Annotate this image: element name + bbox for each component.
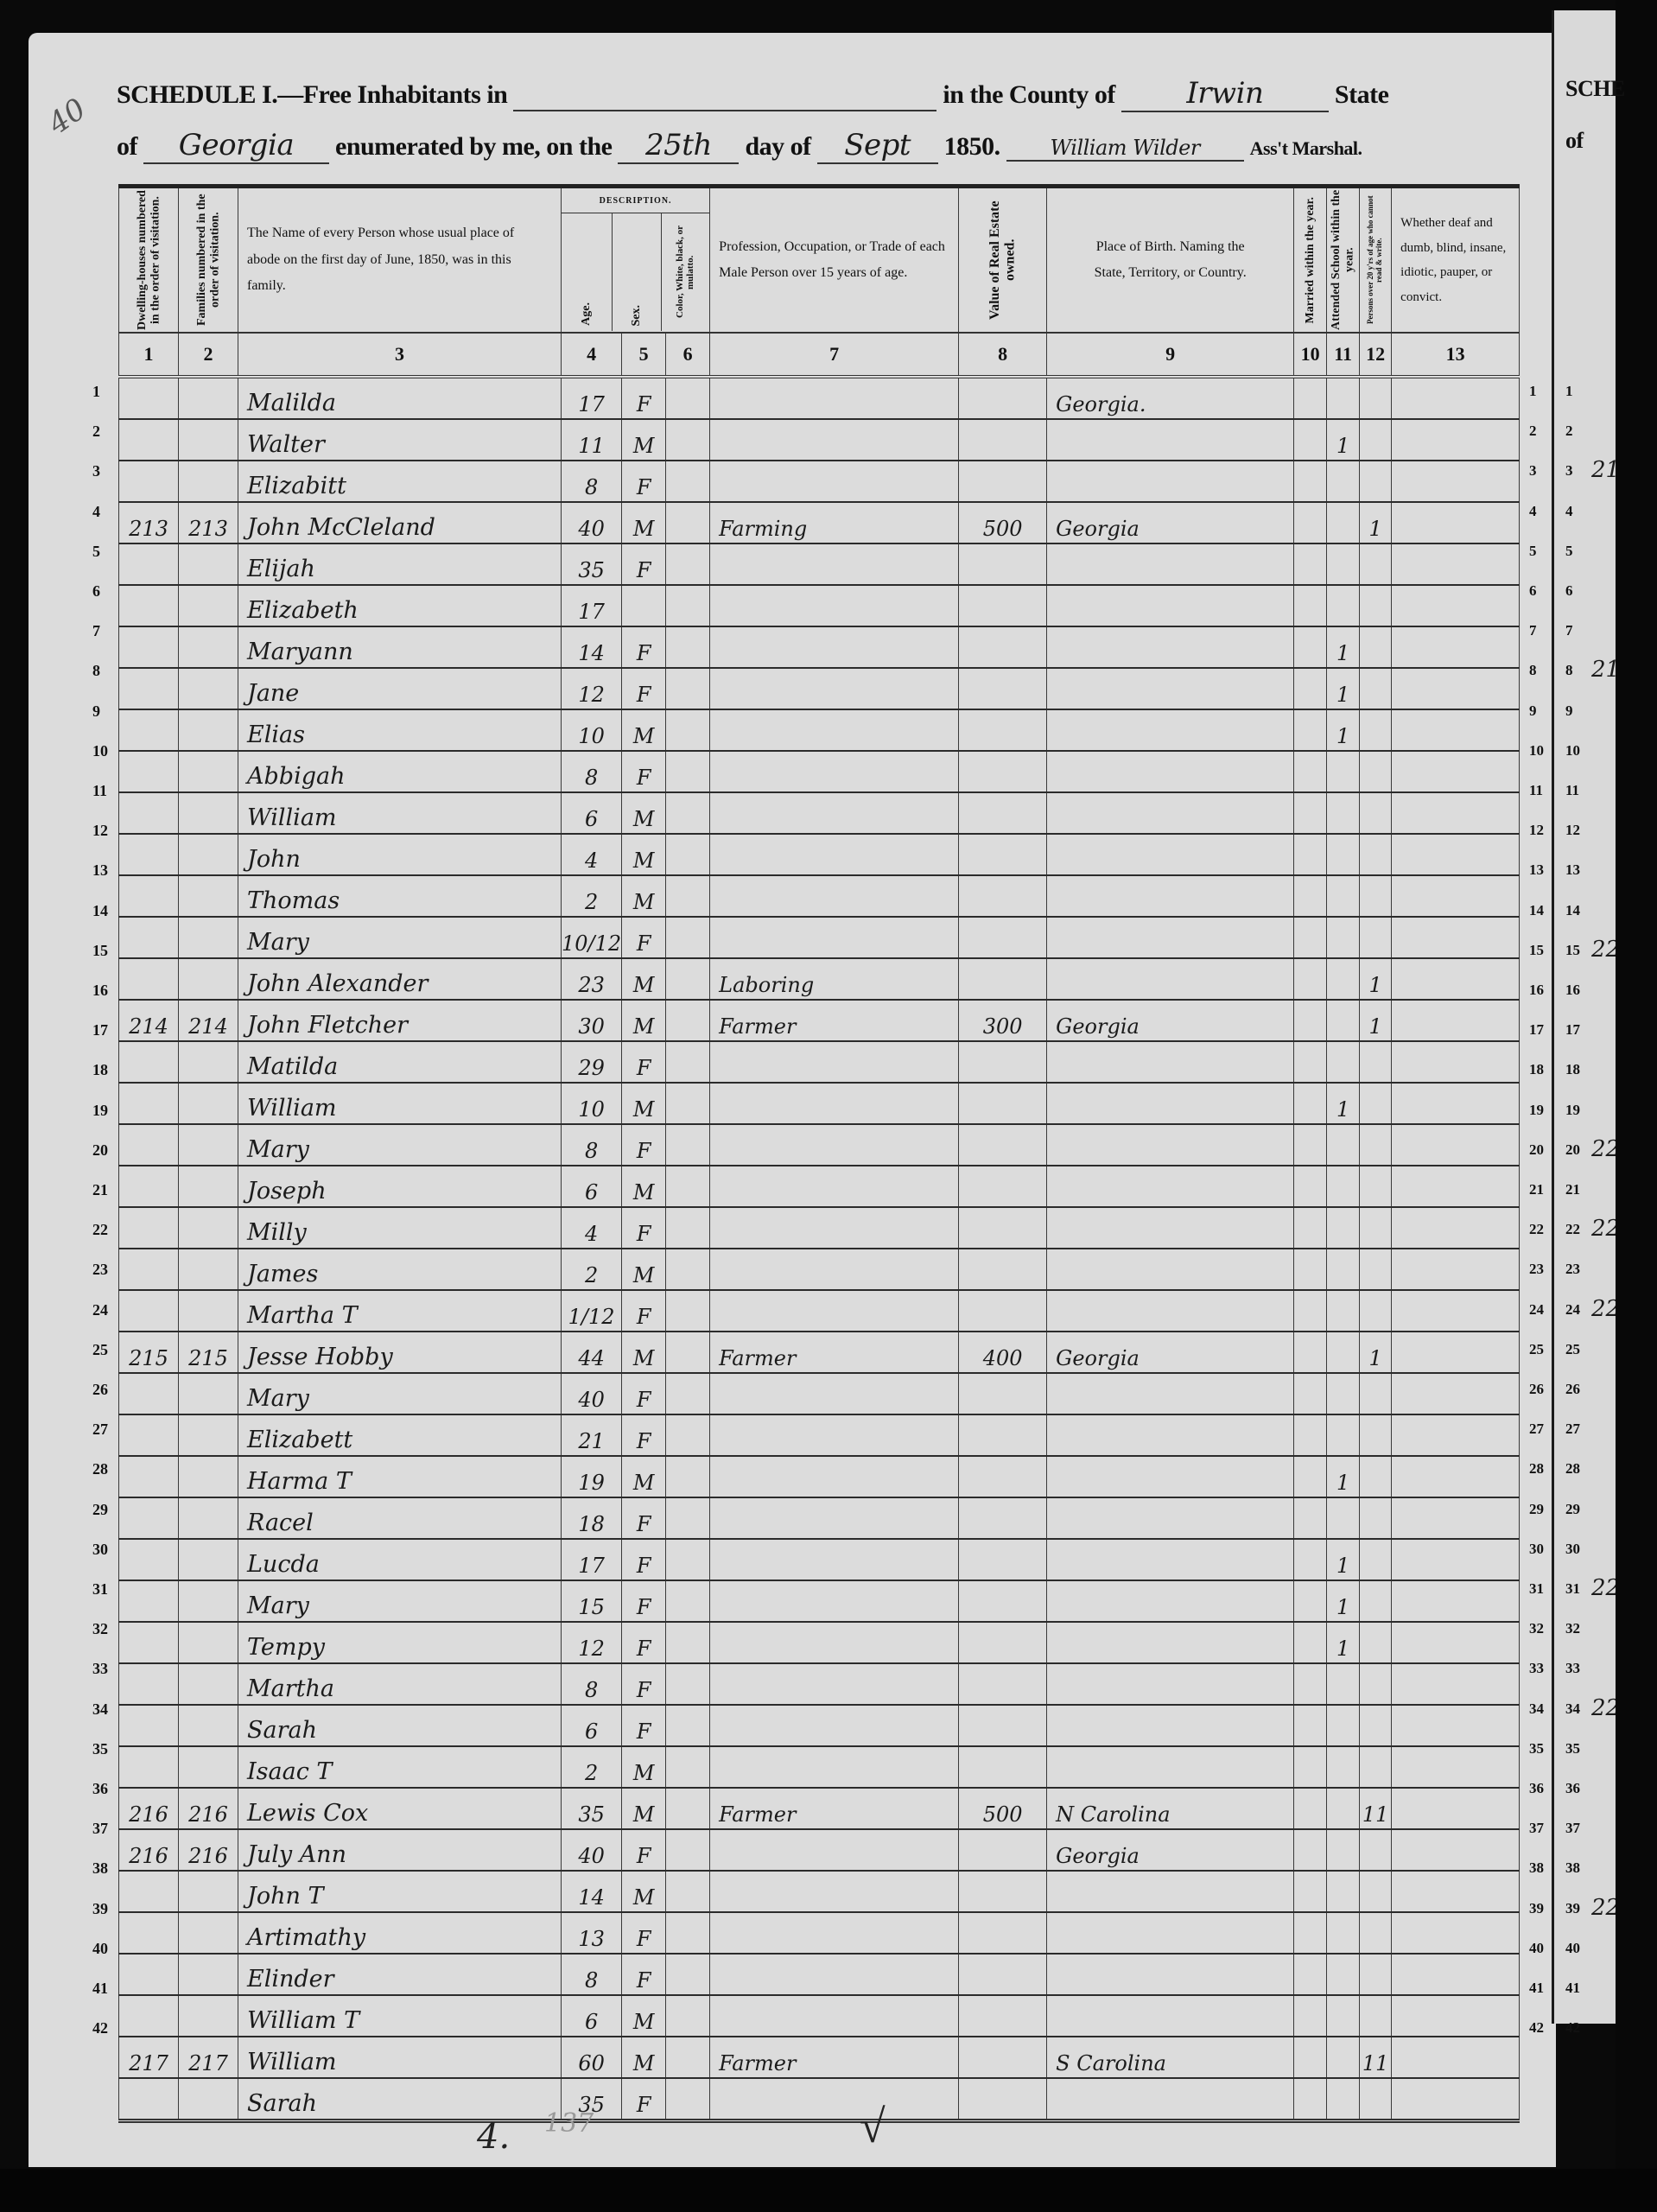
occupation-cell bbox=[710, 1041, 959, 1083]
table-row: Matilda29F bbox=[119, 1041, 1520, 1083]
dwelling-number-cell bbox=[119, 419, 179, 461]
real-estate-value-cell bbox=[959, 377, 1047, 419]
condition-cell bbox=[1392, 1166, 1520, 1207]
cannot-read-write-cell: 1 bbox=[1360, 1000, 1392, 1041]
age-cell: 6 bbox=[562, 792, 622, 834]
attended-school-cell bbox=[1327, 958, 1360, 1000]
cannot-read-write-cell bbox=[1360, 585, 1392, 626]
real-estate-value-cell bbox=[959, 1083, 1047, 1124]
table-row: Maryann14F1 bbox=[119, 626, 1520, 668]
condition-cell bbox=[1392, 1580, 1520, 1622]
dwelling-number-cell bbox=[119, 543, 179, 585]
occupation-cell bbox=[710, 419, 959, 461]
line-number: 40 bbox=[92, 1940, 108, 1958]
real-estate-value-cell bbox=[959, 709, 1047, 751]
family-number-cell bbox=[179, 668, 238, 709]
census-rows: Malilda17FGeorgia.Walter11M1Elizabitt8F2… bbox=[119, 377, 1520, 2121]
marshal-label: Ass't Marshal. bbox=[1250, 137, 1362, 159]
age-cell: 17 bbox=[562, 377, 622, 419]
occupation-cell bbox=[710, 1290, 959, 1332]
family-number-cell bbox=[179, 1663, 238, 1705]
sex-cell: F bbox=[622, 1414, 666, 1456]
age-cell: 8 bbox=[562, 1954, 622, 1995]
attended-school-cell bbox=[1327, 1041, 1360, 1083]
real-estate-value-cell bbox=[959, 2078, 1047, 2121]
family-number-cell bbox=[179, 1705, 238, 1746]
color-cell bbox=[666, 1414, 710, 1456]
married-within-year-cell bbox=[1294, 875, 1327, 917]
attended-school-cell bbox=[1327, 1705, 1360, 1746]
dwelling-number-cell bbox=[119, 1497, 179, 1539]
cannot-read-write-cell bbox=[1360, 1456, 1392, 1497]
family-number-cell bbox=[179, 1746, 238, 1788]
family-number-cell bbox=[179, 1871, 238, 1912]
person-name-cell: Mary bbox=[238, 917, 562, 958]
next-page-dwelling-number: 218 bbox=[1591, 457, 1616, 483]
married-within-year-cell bbox=[1294, 377, 1327, 419]
sex-cell: M bbox=[622, 958, 666, 1000]
footer-mark-left: 4. bbox=[477, 2117, 510, 2157]
birthplace-cell bbox=[1047, 1663, 1294, 1705]
family-number-cell bbox=[179, 834, 238, 875]
attended-school-cell bbox=[1327, 1124, 1360, 1166]
table-row: Joseph6M bbox=[119, 1166, 1520, 1207]
family-number-cell bbox=[179, 626, 238, 668]
condition-cell bbox=[1392, 1373, 1520, 1414]
person-name-cell: Tempy bbox=[238, 1622, 562, 1663]
attended-school-cell: 1 bbox=[1327, 626, 1360, 668]
line-number-next-page: 28 bbox=[1565, 1460, 1617, 1478]
real-estate-value-cell bbox=[959, 1663, 1047, 1705]
family-number-cell bbox=[179, 1912, 238, 1954]
sex-cell: F bbox=[622, 377, 666, 419]
line-number-next-page: 9 bbox=[1565, 702, 1617, 720]
line-number: 31 bbox=[92, 1580, 108, 1599]
person-name-cell: Mary bbox=[238, 1124, 562, 1166]
color-cell bbox=[666, 1995, 710, 2037]
age-cell: 19 bbox=[562, 1456, 622, 1497]
state-label: State bbox=[1335, 80, 1388, 109]
age-cell: 2 bbox=[562, 875, 622, 917]
person-name-cell: Racel bbox=[238, 1497, 562, 1539]
color-cell bbox=[666, 1788, 710, 1829]
condition-cell bbox=[1392, 1663, 1520, 1705]
line-number: 14 bbox=[92, 902, 108, 920]
family-number-cell bbox=[179, 917, 238, 958]
col-num: 6 bbox=[666, 333, 710, 377]
condition-cell bbox=[1392, 1871, 1520, 1912]
real-estate-value-cell bbox=[959, 1166, 1047, 1207]
married-within-year-cell bbox=[1294, 1497, 1327, 1539]
dwelling-number-cell bbox=[119, 875, 179, 917]
dwelling-number-cell bbox=[119, 1912, 179, 1954]
person-name-cell: William bbox=[238, 1083, 562, 1124]
dwelling-number-cell bbox=[119, 917, 179, 958]
real-estate-value-cell bbox=[959, 1580, 1047, 1622]
married-within-year-cell bbox=[1294, 1414, 1327, 1456]
table-row: 215215Jesse Hobby44MFarmer400Georgia1 bbox=[119, 1332, 1520, 1373]
attended-school-cell: 1 bbox=[1327, 668, 1360, 709]
real-estate-value-cell bbox=[959, 834, 1047, 875]
dwelling-number-cell: 213 bbox=[119, 502, 179, 543]
family-number-cell: 216 bbox=[179, 1829, 238, 1871]
family-number-cell bbox=[179, 1249, 238, 1290]
real-estate-value-cell: 400 bbox=[959, 1332, 1047, 1373]
line-number-next-page: 11 bbox=[1565, 782, 1617, 799]
sex-cell: M bbox=[622, 1788, 666, 1829]
line-number: 30 bbox=[92, 1541, 108, 1559]
condition-cell bbox=[1392, 917, 1520, 958]
next-page-dwelling-number: 226 bbox=[1591, 1895, 1616, 1921]
color-cell bbox=[666, 709, 710, 751]
attended-school-cell bbox=[1327, 1912, 1360, 1954]
family-number-cell: 217 bbox=[179, 2037, 238, 2078]
table-row: Mary10/12F bbox=[119, 917, 1520, 958]
line-number-next-page: 14 bbox=[1565, 902, 1617, 919]
occupation-cell bbox=[710, 1829, 959, 1871]
cannot-read-write-cell bbox=[1360, 1207, 1392, 1249]
married-within-year-cell bbox=[1294, 502, 1327, 543]
table-row: Elizabett21F bbox=[119, 1414, 1520, 1456]
table-row: 217217William60MFarmerS Carolina11 bbox=[119, 2037, 1520, 2078]
attended-school-cell bbox=[1327, 792, 1360, 834]
line-number-next-page: 27 bbox=[1565, 1421, 1617, 1438]
real-estate-value-cell bbox=[959, 461, 1047, 502]
col-header-occupation: Profession, Occupation, or Trade of each… bbox=[710, 187, 959, 334]
occupation-cell bbox=[710, 1497, 959, 1539]
age-cell: 1/12 bbox=[562, 1290, 622, 1332]
birthplace-cell bbox=[1047, 1290, 1294, 1332]
age-cell: 17 bbox=[562, 1539, 622, 1580]
real-estate-value-cell bbox=[959, 1954, 1047, 1995]
attended-school-cell bbox=[1327, 751, 1360, 792]
family-number-cell bbox=[179, 1083, 238, 1124]
table-row: Elizabitt8F bbox=[119, 461, 1520, 502]
married-within-year-cell bbox=[1294, 1912, 1327, 1954]
condition-cell bbox=[1392, 668, 1520, 709]
table-row: William T6M bbox=[119, 1995, 1520, 2037]
married-within-year-cell bbox=[1294, 1746, 1327, 1788]
age-cell: 29 bbox=[562, 1041, 622, 1083]
line-number-next-page: 29 bbox=[1565, 1501, 1617, 1518]
line-number-next-page: 6 bbox=[1565, 582, 1617, 600]
married-within-year-cell bbox=[1294, 792, 1327, 834]
table-row: Walter11M1 bbox=[119, 419, 1520, 461]
person-name-cell: Jane bbox=[238, 668, 562, 709]
color-cell bbox=[666, 1580, 710, 1622]
color-cell bbox=[666, 543, 710, 585]
occupation-cell bbox=[710, 1954, 959, 1995]
cannot-read-write-cell bbox=[1360, 1290, 1392, 1332]
col-num: 7 bbox=[710, 333, 959, 377]
occupation-cell bbox=[710, 1663, 959, 1705]
cannot-read-write-cell bbox=[1360, 875, 1392, 917]
sex-cell: F bbox=[622, 917, 666, 958]
col-num: 2 bbox=[179, 333, 238, 377]
birthplace-cell bbox=[1047, 1083, 1294, 1124]
scan-bottom-edge bbox=[0, 2169, 1657, 2212]
person-name-cell: Martha bbox=[238, 1663, 562, 1705]
sex-cell: M bbox=[622, 1166, 666, 1207]
real-estate-value-cell: 500 bbox=[959, 502, 1047, 543]
birthplace-cell bbox=[1047, 1041, 1294, 1083]
condition-cell bbox=[1392, 1788, 1520, 1829]
real-estate-value-cell bbox=[959, 792, 1047, 834]
sex-cell: M bbox=[622, 1746, 666, 1788]
age-cell: 15 bbox=[562, 1580, 622, 1622]
occupation-cell bbox=[710, 668, 959, 709]
occupation-cell bbox=[710, 1373, 959, 1414]
next-page-dwelling-number: 223 bbox=[1591, 1296, 1616, 1322]
married-within-year-cell bbox=[1294, 1124, 1327, 1166]
dwelling-number-cell bbox=[119, 1373, 179, 1414]
sex-cell: F bbox=[622, 1290, 666, 1332]
occupation-cell bbox=[710, 1746, 959, 1788]
sex-cell: F bbox=[622, 1705, 666, 1746]
sex-cell: M bbox=[622, 502, 666, 543]
color-cell bbox=[666, 958, 710, 1000]
line-number: 18 bbox=[92, 1061, 108, 1079]
real-estate-value-cell bbox=[959, 1622, 1047, 1663]
description-group-label: DESCRIPTION. bbox=[562, 188, 709, 213]
color-cell bbox=[666, 502, 710, 543]
col-header-real-estate: Value of Real Estate owned. bbox=[959, 187, 1047, 334]
enumerated-label: enumerated by me, on the bbox=[335, 132, 612, 161]
line-number: 41 bbox=[92, 1980, 108, 1998]
census-table: Dwelling-houses numbered in the order of… bbox=[118, 184, 1520, 2123]
dwelling-number-cell bbox=[119, 585, 179, 626]
table-row: Isaac T2M bbox=[119, 1746, 1520, 1788]
cannot-read-write-cell bbox=[1360, 751, 1392, 792]
person-name-cell: Malilda bbox=[238, 377, 562, 419]
birthplace-cell bbox=[1047, 1249, 1294, 1290]
sex-cell: M bbox=[622, 1083, 666, 1124]
color-cell bbox=[666, 1705, 710, 1746]
age-cell: 8 bbox=[562, 751, 622, 792]
married-within-year-cell bbox=[1294, 1456, 1327, 1497]
sex-cell: M bbox=[622, 1871, 666, 1912]
line-number-next-page: 17 bbox=[1565, 1021, 1617, 1039]
birthplace-cell bbox=[1047, 585, 1294, 626]
dwelling-number-cell bbox=[119, 1539, 179, 1580]
real-estate-value-cell bbox=[959, 1414, 1047, 1456]
birthplace-cell: Georgia bbox=[1047, 1000, 1294, 1041]
occupation-cell bbox=[710, 1622, 959, 1663]
condition-cell bbox=[1392, 1829, 1520, 1871]
table-row: John Alexander23MLaboring1 bbox=[119, 958, 1520, 1000]
color-cell bbox=[666, 2078, 710, 2121]
line-number: 23 bbox=[92, 1261, 108, 1279]
married-within-year-cell bbox=[1294, 1332, 1327, 1373]
attended-school-cell bbox=[1327, 2037, 1360, 2078]
birthplace-cell bbox=[1047, 1497, 1294, 1539]
line-number-next-page: 13 bbox=[1565, 861, 1617, 879]
dwelling-number-cell bbox=[119, 958, 179, 1000]
married-within-year-cell bbox=[1294, 1290, 1327, 1332]
married-within-year-cell bbox=[1294, 1995, 1327, 2037]
birthplace-cell bbox=[1047, 1166, 1294, 1207]
cannot-read-write-cell bbox=[1360, 1622, 1392, 1663]
condition-cell bbox=[1392, 1456, 1520, 1497]
real-estate-value-cell: 500 bbox=[959, 1788, 1047, 1829]
occupation-cell: Farmer bbox=[710, 1332, 959, 1373]
occupation-cell bbox=[710, 543, 959, 585]
cannot-read-write-cell bbox=[1360, 461, 1392, 502]
line-number-next-page: 33 bbox=[1565, 1660, 1617, 1677]
birthplace-cell bbox=[1047, 1622, 1294, 1663]
color-cell bbox=[666, 1041, 710, 1083]
married-within-year-cell bbox=[1294, 668, 1327, 709]
col-num: 8 bbox=[959, 333, 1047, 377]
dwelling-number-cell: 217 bbox=[119, 2037, 179, 2078]
dwelling-number-cell bbox=[119, 1124, 179, 1166]
condition-cell bbox=[1392, 792, 1520, 834]
column-header-row: Dwelling-houses numbered in the order of… bbox=[119, 187, 1520, 334]
line-number: 9 bbox=[92, 702, 100, 721]
col-header-school: Attended School within the year. bbox=[1327, 187, 1360, 334]
person-name-cell: Elinder bbox=[238, 1954, 562, 1995]
line-number: 24 bbox=[92, 1301, 108, 1319]
sex-cell: F bbox=[622, 1497, 666, 1539]
sex-cell: M bbox=[622, 1456, 666, 1497]
line-number-next-page: 41 bbox=[1565, 1980, 1617, 1997]
dwelling-number-cell bbox=[119, 1290, 179, 1332]
line-number-next-page: 37 bbox=[1565, 1820, 1617, 1837]
person-name-cell: Jesse Hobby bbox=[238, 1332, 562, 1373]
sex-cell: F bbox=[622, 1912, 666, 1954]
line-number: 22 bbox=[92, 1221, 108, 1239]
color-cell bbox=[666, 1497, 710, 1539]
family-number-cell bbox=[179, 585, 238, 626]
age-cell: 14 bbox=[562, 1871, 622, 1912]
cannot-read-write-cell bbox=[1360, 792, 1392, 834]
real-estate-value-cell bbox=[959, 1041, 1047, 1083]
next-page-dwelling-number: 221 bbox=[1591, 1136, 1616, 1162]
color-cell bbox=[666, 1663, 710, 1705]
cannot-read-write-cell bbox=[1360, 1995, 1392, 2037]
family-number-cell bbox=[179, 1995, 238, 2037]
occupation-cell bbox=[710, 377, 959, 419]
col-num: 10 bbox=[1294, 333, 1327, 377]
cannot-read-write-cell bbox=[1360, 1497, 1392, 1539]
condition-cell bbox=[1392, 1912, 1520, 1954]
person-name-cell: John Alexander bbox=[238, 958, 562, 1000]
married-within-year-cell bbox=[1294, 543, 1327, 585]
table-row: Mary40F bbox=[119, 1373, 1520, 1414]
family-number-cell bbox=[179, 875, 238, 917]
person-name-cell: July Ann bbox=[238, 1829, 562, 1871]
dwelling-number-cell bbox=[119, 1622, 179, 1663]
attended-school-cell bbox=[1327, 1000, 1360, 1041]
family-number-cell bbox=[179, 1497, 238, 1539]
real-estate-value-cell bbox=[959, 543, 1047, 585]
age-cell: 11 bbox=[562, 419, 622, 461]
birthplace-cell bbox=[1047, 1456, 1294, 1497]
occupation-cell bbox=[710, 834, 959, 875]
dwelling-number-cell bbox=[119, 1746, 179, 1788]
sex-cell: F bbox=[622, 1829, 666, 1871]
attended-school-cell: 1 bbox=[1327, 1622, 1360, 1663]
condition-cell bbox=[1392, 1207, 1520, 1249]
line-number: 12 bbox=[92, 822, 108, 840]
line-number: 15 bbox=[92, 942, 108, 960]
dwelling-number-cell bbox=[119, 834, 179, 875]
birthplace-cell: Georgia. bbox=[1047, 377, 1294, 419]
color-cell bbox=[666, 1746, 710, 1788]
person-name-cell: John T bbox=[238, 1871, 562, 1912]
footer-check-mark: √ bbox=[860, 2100, 886, 2153]
sex-cell: F bbox=[622, 1954, 666, 1995]
table-row: James2M bbox=[119, 1249, 1520, 1290]
line-number-next-page: 35 bbox=[1565, 1740, 1617, 1758]
sex-cell: F bbox=[622, 2078, 666, 2121]
next-page-dwelling-number: 225 bbox=[1591, 1695, 1616, 1721]
married-within-year-cell bbox=[1294, 1000, 1327, 1041]
line-number: 25 bbox=[92, 1341, 108, 1359]
occupation-cell bbox=[710, 1580, 959, 1622]
real-estate-value-cell bbox=[959, 419, 1047, 461]
sex-cell: F bbox=[622, 1041, 666, 1083]
schedule-title-line: SCHEDULE I.—Free Inhabitants in in the C… bbox=[117, 76, 1388, 112]
married-within-year-cell bbox=[1294, 1788, 1327, 1829]
line-number: 1 bbox=[92, 383, 100, 401]
line-number: 27 bbox=[92, 1421, 108, 1439]
cannot-read-write-cell bbox=[1360, 834, 1392, 875]
line-number: 16 bbox=[92, 982, 108, 1000]
color-cell bbox=[666, 1829, 710, 1871]
line-number: 29 bbox=[92, 1501, 108, 1519]
attended-school-cell bbox=[1327, 1414, 1360, 1456]
real-estate-value-cell bbox=[959, 1373, 1047, 1414]
person-name-cell: Abbigah bbox=[238, 751, 562, 792]
birthplace-cell bbox=[1047, 543, 1294, 585]
married-within-year-cell bbox=[1294, 419, 1327, 461]
sex-cell: M bbox=[622, 1995, 666, 2037]
schedule-title: SCHEDULE I.—Free Inhabitants in bbox=[117, 80, 507, 109]
line-number: 35 bbox=[92, 1740, 108, 1758]
col-header-family: Families numbered in the order of visita… bbox=[179, 187, 238, 334]
cannot-read-write-cell: 11 bbox=[1360, 2037, 1392, 2078]
age-cell: 12 bbox=[562, 668, 622, 709]
color-cell bbox=[666, 626, 710, 668]
cannot-read-write-cell: 1 bbox=[1360, 958, 1392, 1000]
sex-cell: M bbox=[622, 419, 666, 461]
occupation-cell bbox=[710, 1539, 959, 1580]
married-within-year-cell bbox=[1294, 1249, 1327, 1290]
cannot-read-write-cell bbox=[1360, 1166, 1392, 1207]
person-name-cell: Artimathy bbox=[238, 1912, 562, 1954]
dwelling-number-cell bbox=[119, 1456, 179, 1497]
birthplace-cell bbox=[1047, 1207, 1294, 1249]
real-estate-value-cell bbox=[959, 1249, 1047, 1290]
attended-school-cell bbox=[1327, 1829, 1360, 1871]
color-cell bbox=[666, 1249, 710, 1290]
sex-cell: M bbox=[622, 709, 666, 751]
dwelling-number-cell: 215 bbox=[119, 1332, 179, 1373]
occupation-cell: Laboring bbox=[710, 958, 959, 1000]
occupation-cell bbox=[710, 709, 959, 751]
line-number-next-page: 5 bbox=[1565, 543, 1617, 560]
person-name-cell: Harma T bbox=[238, 1456, 562, 1497]
person-name-cell: James bbox=[238, 1249, 562, 1290]
occupation-cell bbox=[710, 626, 959, 668]
married-within-year-cell bbox=[1294, 1539, 1327, 1580]
line-number: 19 bbox=[92, 1102, 108, 1120]
color-cell bbox=[666, 1166, 710, 1207]
table-row: Racel18F bbox=[119, 1497, 1520, 1539]
condition-cell bbox=[1392, 419, 1520, 461]
married-within-year-cell bbox=[1294, 709, 1327, 751]
